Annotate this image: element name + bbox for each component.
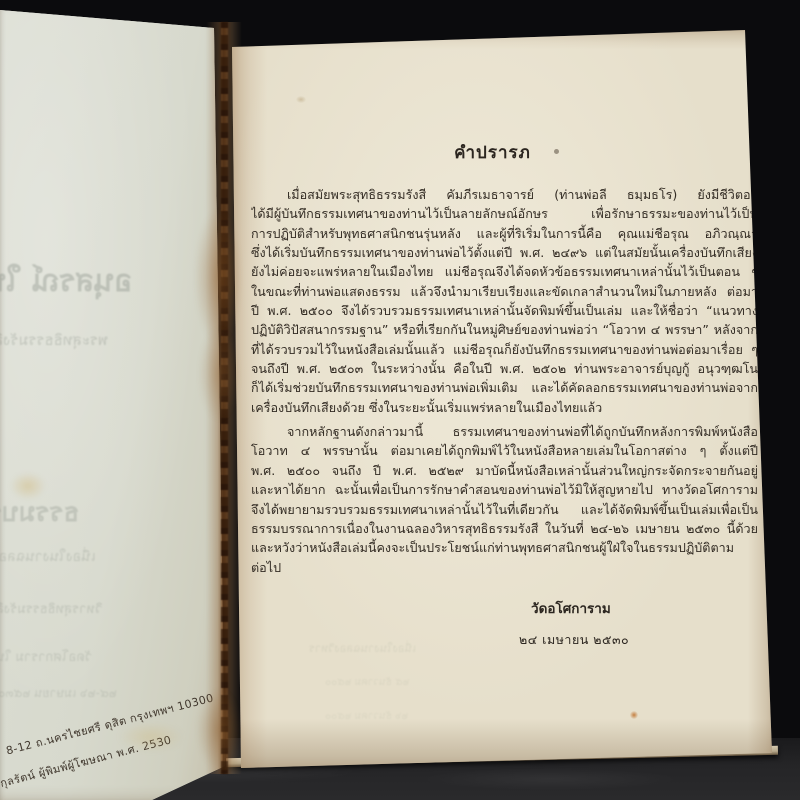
page-title: คำปรารภ (251, 139, 734, 166)
preface-line: ปี พ.ศ. ๒๕๐๐ จึงได้รวบรวมธรรมเทศนาเหล่าน… (251, 301, 758, 320)
signature-block: วัดอโศการาม ๒๔ เมษายน ๒๕๓๐ (519, 597, 659, 650)
preface-line: จึงได้พยายามรวบรวมธรรมเทศนาเหล่านั้นไว้ใ… (251, 500, 758, 519)
preface-line: ปฏิบัติวิปัสสนากรรมฐาน” หรือที่เรียกกันใ… (251, 320, 758, 339)
bleed-through-text: เนื่องในงานฉลอง (0, 546, 96, 568)
preface-line: โอวาท ๔ พรรษานั้น ต่อมาเคยได้ถูกพิมพ์ไว้… (251, 441, 758, 460)
left-page: อนุสรณ์ ใน พระสุทธิธรรมรังสี ธรรมบรร เนื… (0, 0, 228, 800)
preface-line: ก็ได้เริ่มช่วยบันทึกธรรมเทศนาของท่านพ่อเ… (251, 378, 758, 397)
preface-line: ต่อไป (251, 558, 758, 577)
bleed-through-text: เนื่องในงานฉลองวิหาร (309, 639, 416, 657)
preface-line: การปฏิบัติสำหรับพุทธศาสนิกชนรุ่นหลัง และ… (251, 224, 758, 243)
floor-streak (420, 768, 680, 790)
bleed-through-text: วัดอโศการาม ใน (0, 646, 92, 667)
preface-line: ได้มีผู้บันทึกธรรมเทศนาของท่านไว้เป็นลาย… (251, 204, 758, 223)
preface-line: และหาได้ยาก ฉะนั้นเพื่อเป็นการรักษาคำสอน… (251, 480, 758, 499)
book-photo: อนุสรณ์ ใน พระสุทธิธรรมรังสี ธรรมบรร เนื… (0, 0, 800, 800)
bleed-through-text: วิหารสุทธิธรรมรังสี (0, 598, 102, 619)
preface-line: จนถึงปี พ.ศ. ๒๕๐๓ ในระหว่างนั้น คือในปี … (251, 359, 758, 378)
preface-line: เมื่อสมัยพระสุทธิธรรมรังสี คัมภีรเมธาจาร… (251, 185, 758, 204)
printer-colophon: 8-12 ถ.นครไชยศรี ดุสิต กรุงเทพฯ 10300 กุ… (4, 688, 223, 788)
preface-line: ซึ่งได้เริ่มบันทึกธรรมเทศนาของท่านพ่อไว้… (251, 243, 758, 262)
preface-line: ธรรมบรรณาการเนื่องในงานฉลองวิหารสุทธิธรร… (251, 519, 758, 538)
preface-line: จากหลักฐานดังกล่าวมานี้ ธรรมเทศนาของท่าน… (251, 422, 758, 441)
bleed-through-text: อนุสรณ์ ใน (0, 258, 132, 305)
bleed-through-text: พระสุทธิธรรมรังสี (0, 328, 108, 352)
preface-line: ในขณะที่ท่านพ่อแสดงธรรม แล้วจึงนำมาเรียบ… (251, 282, 758, 301)
bleed-through-text: ๒๔-๒๖ เมษายน ๒๕๓๐ (0, 684, 117, 703)
preface-line: เครื่องบันทึกเสียงด้วย ซึ่งในระยะนั้นเริ… (251, 398, 758, 417)
preface-line: พ.ศ. ๒๕๐๐ จนถึง ปี พ.ศ. ๒๕๒๙ มาบัดนี้หนั… (251, 461, 758, 480)
signature-temple: วัดอโศการาม (531, 597, 659, 619)
preface-line: ยังไม่ค่อยจะแพร่หลายในเมืองไทย แม่ชีอรุณ… (251, 262, 758, 281)
right-page: คำปรารภ เมื่อสมัยพระสุทธิธรรมรังสี คัมภี… (229, 27, 775, 771)
preface-line: ที่ได้รวบรวมไว้ในหนังสือเล่มนั้นแล้ว แม่… (251, 340, 758, 359)
signature-date: ๒๔ เมษายน ๒๕๓๐ (519, 630, 659, 650)
bleed-through-text: ธรรมบรร (0, 492, 79, 533)
preface-line: และหวังว่าหนังสือเล่มนี้คงจะเป็นประโยชน์… (251, 538, 758, 557)
spine-stitching (221, 22, 228, 774)
preface-body: เมื่อสมัยพระสุทธิธรรมรังสี คัมภีรเมธาจาร… (251, 185, 758, 577)
bleed-through-text: ๒๕ ธันวาคม ๒๕๐๐ (325, 675, 409, 690)
bleed-through-text: ๒๖ ธันวาคม ๒๕๐๐ (325, 709, 408, 724)
